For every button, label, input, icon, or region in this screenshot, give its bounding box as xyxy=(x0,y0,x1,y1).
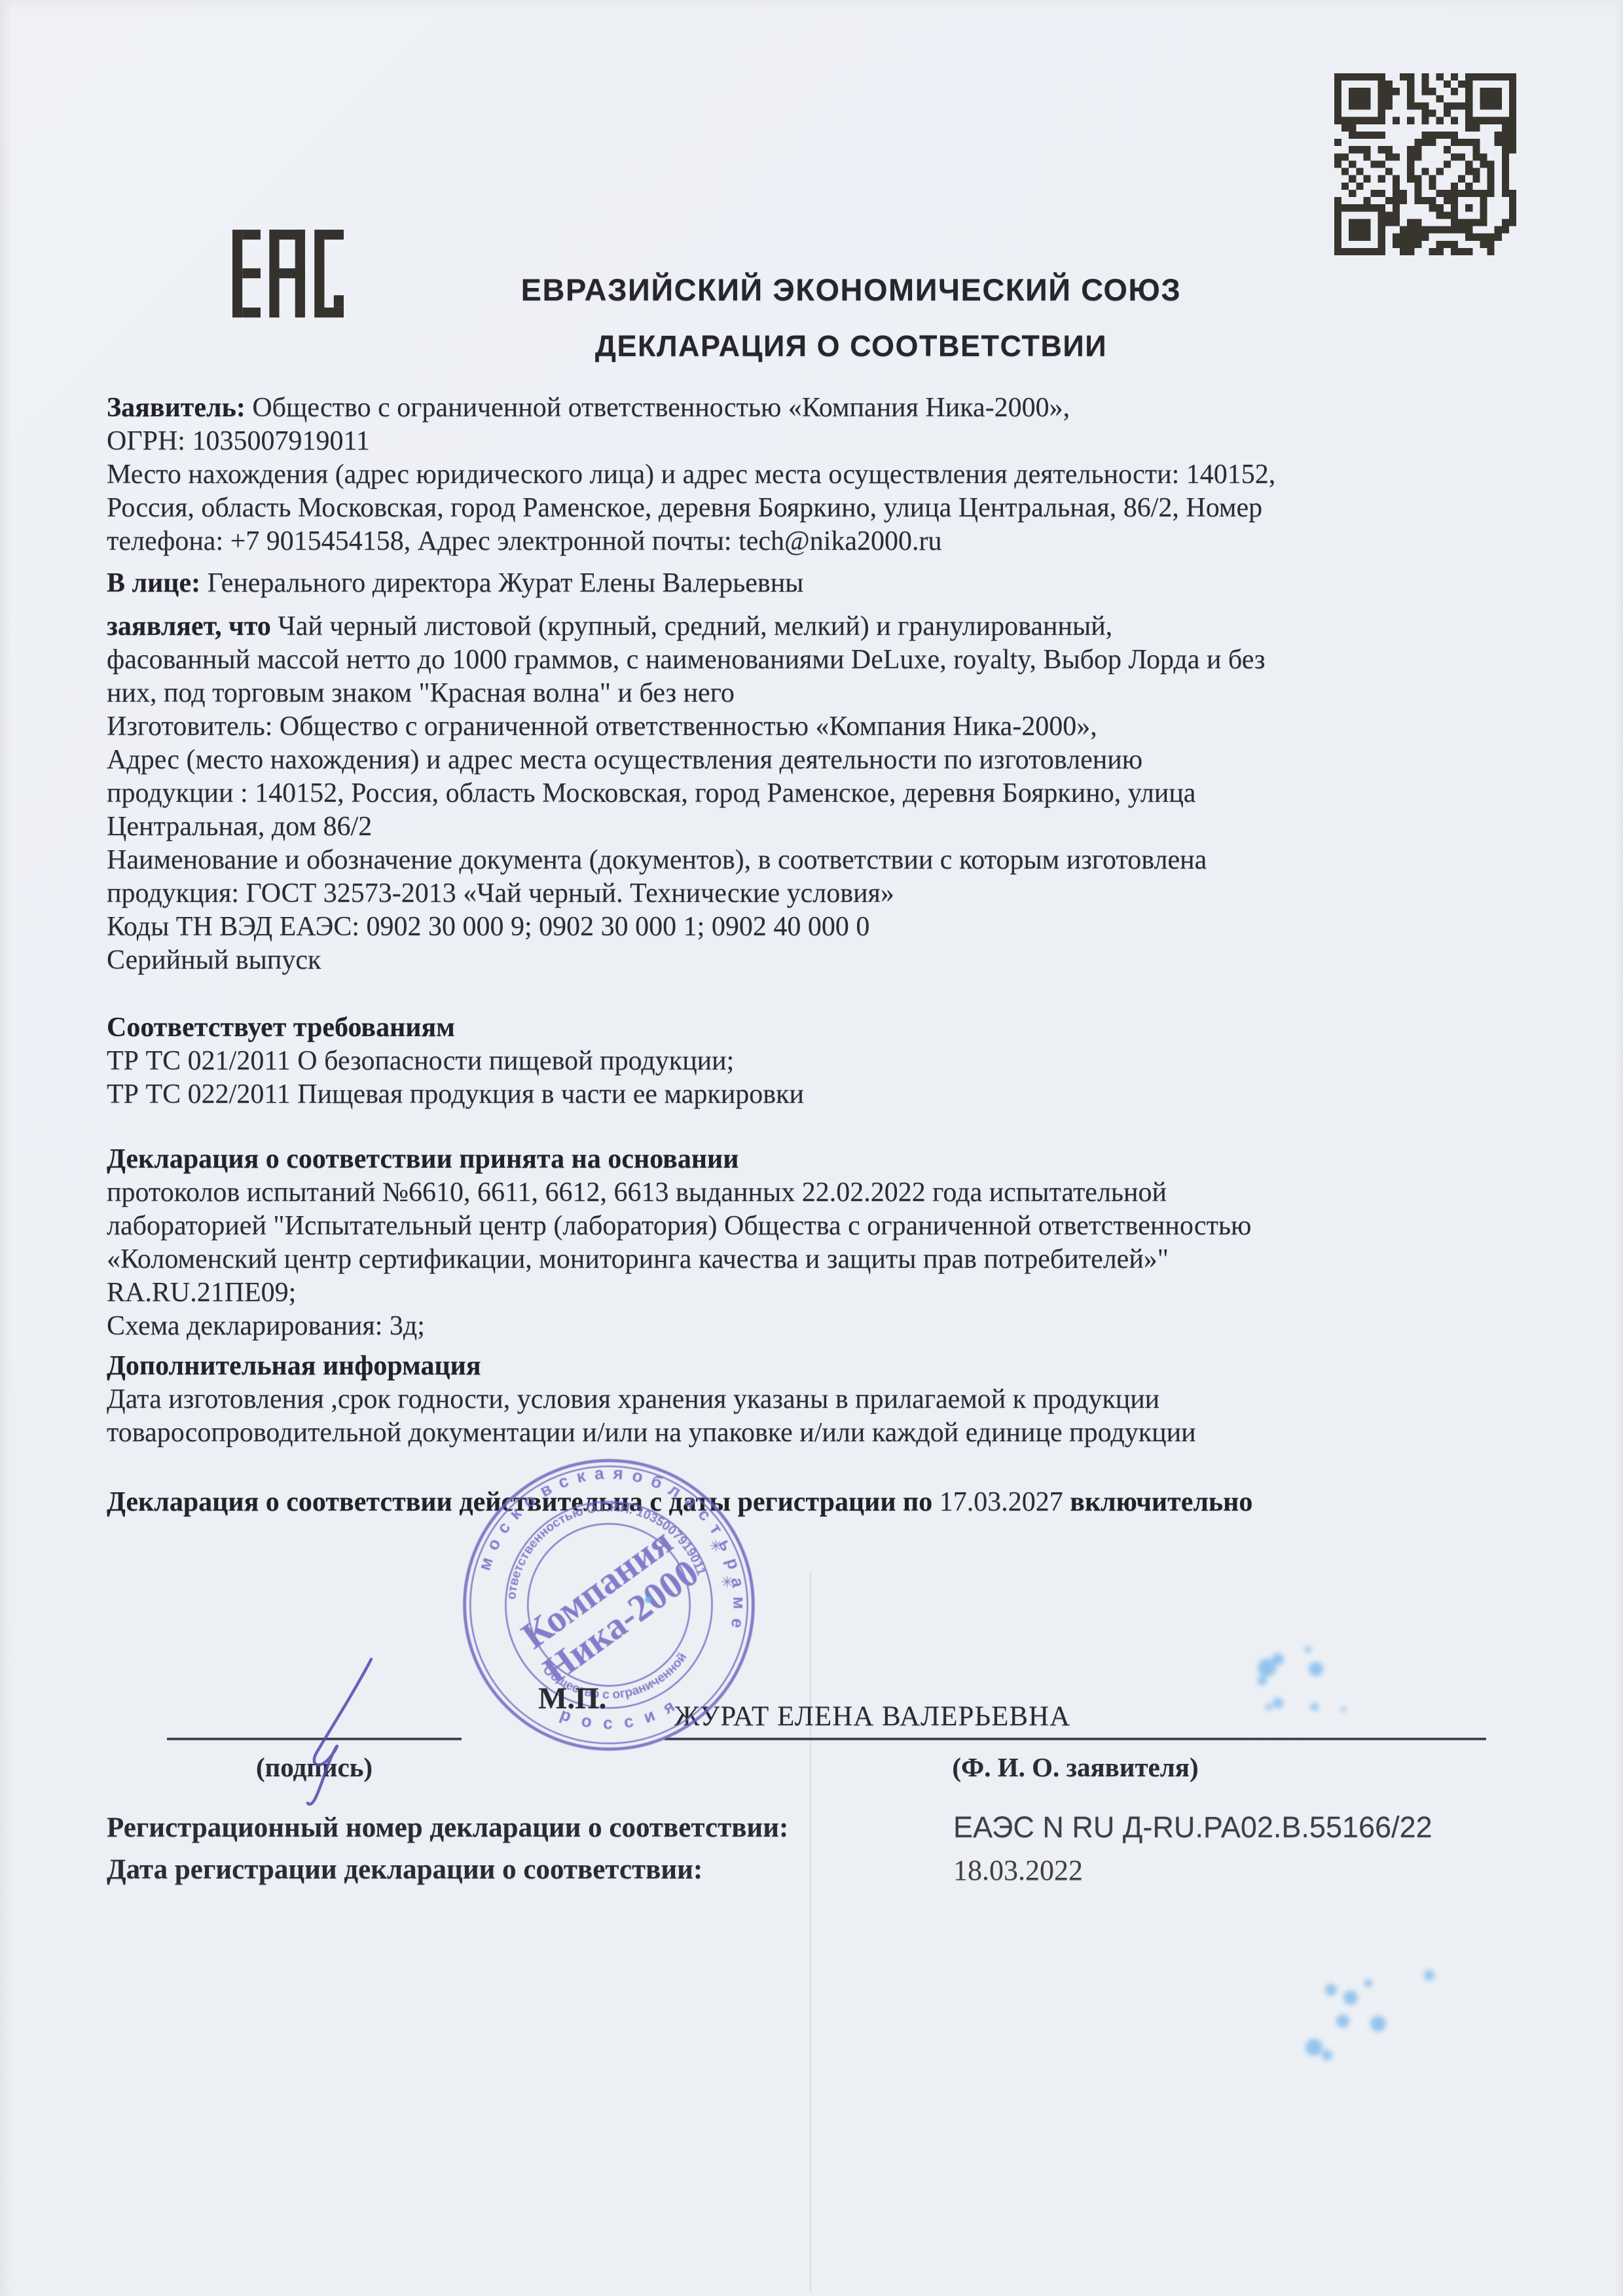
text-line: RA.RU.21ПЕ09; xyxy=(107,1276,1567,1310)
text-line: Изготовитель: Общество с ограниченной от… xyxy=(107,710,1567,744)
text-line: Декларация о соответствии действительна … xyxy=(107,1486,1567,1519)
ink-smudge xyxy=(1231,1630,1375,1731)
body-text: Заявитель: Общество с ограниченной ответ… xyxy=(107,391,1567,1519)
text-line: В лице: Генерального директора Журат Еле… xyxy=(107,567,1567,600)
document-header: ЕВРАЗИЙСКИЙ ЭКОНОМИЧЕСКИЙ СОЮЗ ДЕКЛАРАЦИ… xyxy=(393,272,1309,363)
registration-number-value: ЕАЭС N RU Д-RU.РА02.В.55166/22 xyxy=(953,1810,1432,1844)
text-line: фасованный массой нетто до 1000 граммов,… xyxy=(107,643,1567,677)
text-line: Место нахождения (адрес юридического лиц… xyxy=(107,458,1567,492)
text-line: Декларация о соответствии принята на осн… xyxy=(107,1143,1567,1176)
registration-date-label: Дата регистрации декларации о соответств… xyxy=(107,1854,702,1886)
applicant-name-line xyxy=(665,1738,1486,1740)
text-line: Наименование и обозначение документа (до… xyxy=(107,844,1567,877)
text-line: ТР ТС 022/2011 Пищевая продукция в части… xyxy=(107,1078,1567,1111)
scan-crease xyxy=(810,1571,811,2291)
signature-ink xyxy=(257,1646,407,1813)
text-line: «Коломенский центр сертификации, монитор… xyxy=(107,1243,1567,1276)
text-line: Россия, область Московская, город Раменс… xyxy=(107,492,1567,525)
text-line: ОГРН: 1035007919011 xyxy=(107,425,1567,458)
text-line: Схема декларирования: 3д; xyxy=(107,1310,1567,1343)
text-line: телефона: +7 9015454158, Адрес электронн… xyxy=(107,525,1567,558)
text-line: протоколов испытаний №6610, 6611, 6612, … xyxy=(107,1176,1567,1210)
stamp-star-icon: ✳ xyxy=(710,1537,722,1554)
eac-logo-icon xyxy=(232,224,344,326)
company-stamp: м о с к о в с к а я о б л а с т ь р а м … xyxy=(457,1453,761,1760)
document-title: ДЕКЛАРАЦИЯ О СООТВЕТСТВИИ xyxy=(393,329,1309,363)
text-line: лабораторией "Испытательный центр (лабор… xyxy=(107,1210,1567,1243)
text-line: Заявитель: Общество с ограниченной ответ… xyxy=(107,391,1567,425)
text-line: них, под торговым знаком "Красная волна"… xyxy=(107,677,1567,710)
text-line: продукция: ГОСТ 32573-2013 «Чай черный. … xyxy=(107,877,1567,910)
stamp-star-icon: ✳ xyxy=(721,1573,733,1590)
qr-code xyxy=(1334,73,1516,259)
text-line: ТР ТС 021/2011 О безопасности пищевой пр… xyxy=(107,1045,1567,1078)
text-line: Серийный выпуск xyxy=(107,944,1567,977)
text-line: товаросопроводительной документации и/ил… xyxy=(107,1416,1567,1450)
registration-date-value: 18.03.2022 xyxy=(953,1854,1083,1887)
text-line: Дополнительная информация xyxy=(107,1350,1567,1383)
text-line: заявляет, что Чай черный листовой (крупн… xyxy=(107,610,1567,643)
applicant-caption: (Ф. И. О. заявителя) xyxy=(665,1751,1486,1783)
text-line: продукции : 140152, Россия, область Моск… xyxy=(107,777,1567,810)
registration-number-label: Регистрационный номер декларации о соотв… xyxy=(107,1812,788,1844)
text-line: Дата изготовления ,срок годности, услови… xyxy=(107,1383,1567,1416)
text-line: Коды ТН ВЭД ЕАЭС: 0902 30 000 9; 0902 30… xyxy=(107,910,1567,944)
ink-smudge xyxy=(1273,1964,1444,2078)
text-line: Центральная, дом 86/2 xyxy=(107,810,1567,844)
text-line: Адрес (место нахождения) и адрес места о… xyxy=(107,744,1567,777)
stamp-place-label: М.П. xyxy=(538,1681,606,1716)
declaration-scan-page: ЕВРАЗИЙСКИЙ ЭКОНОМИЧЕСКИЙ СОЮЗ ДЕКЛАРАЦИ… xyxy=(0,0,1623,2296)
text-line: Соответствует требованиям xyxy=(107,1011,1567,1045)
union-title: ЕВРАЗИЙСКИЙ ЭКОНОМИЧЕСКИЙ СОЮЗ xyxy=(393,272,1309,308)
